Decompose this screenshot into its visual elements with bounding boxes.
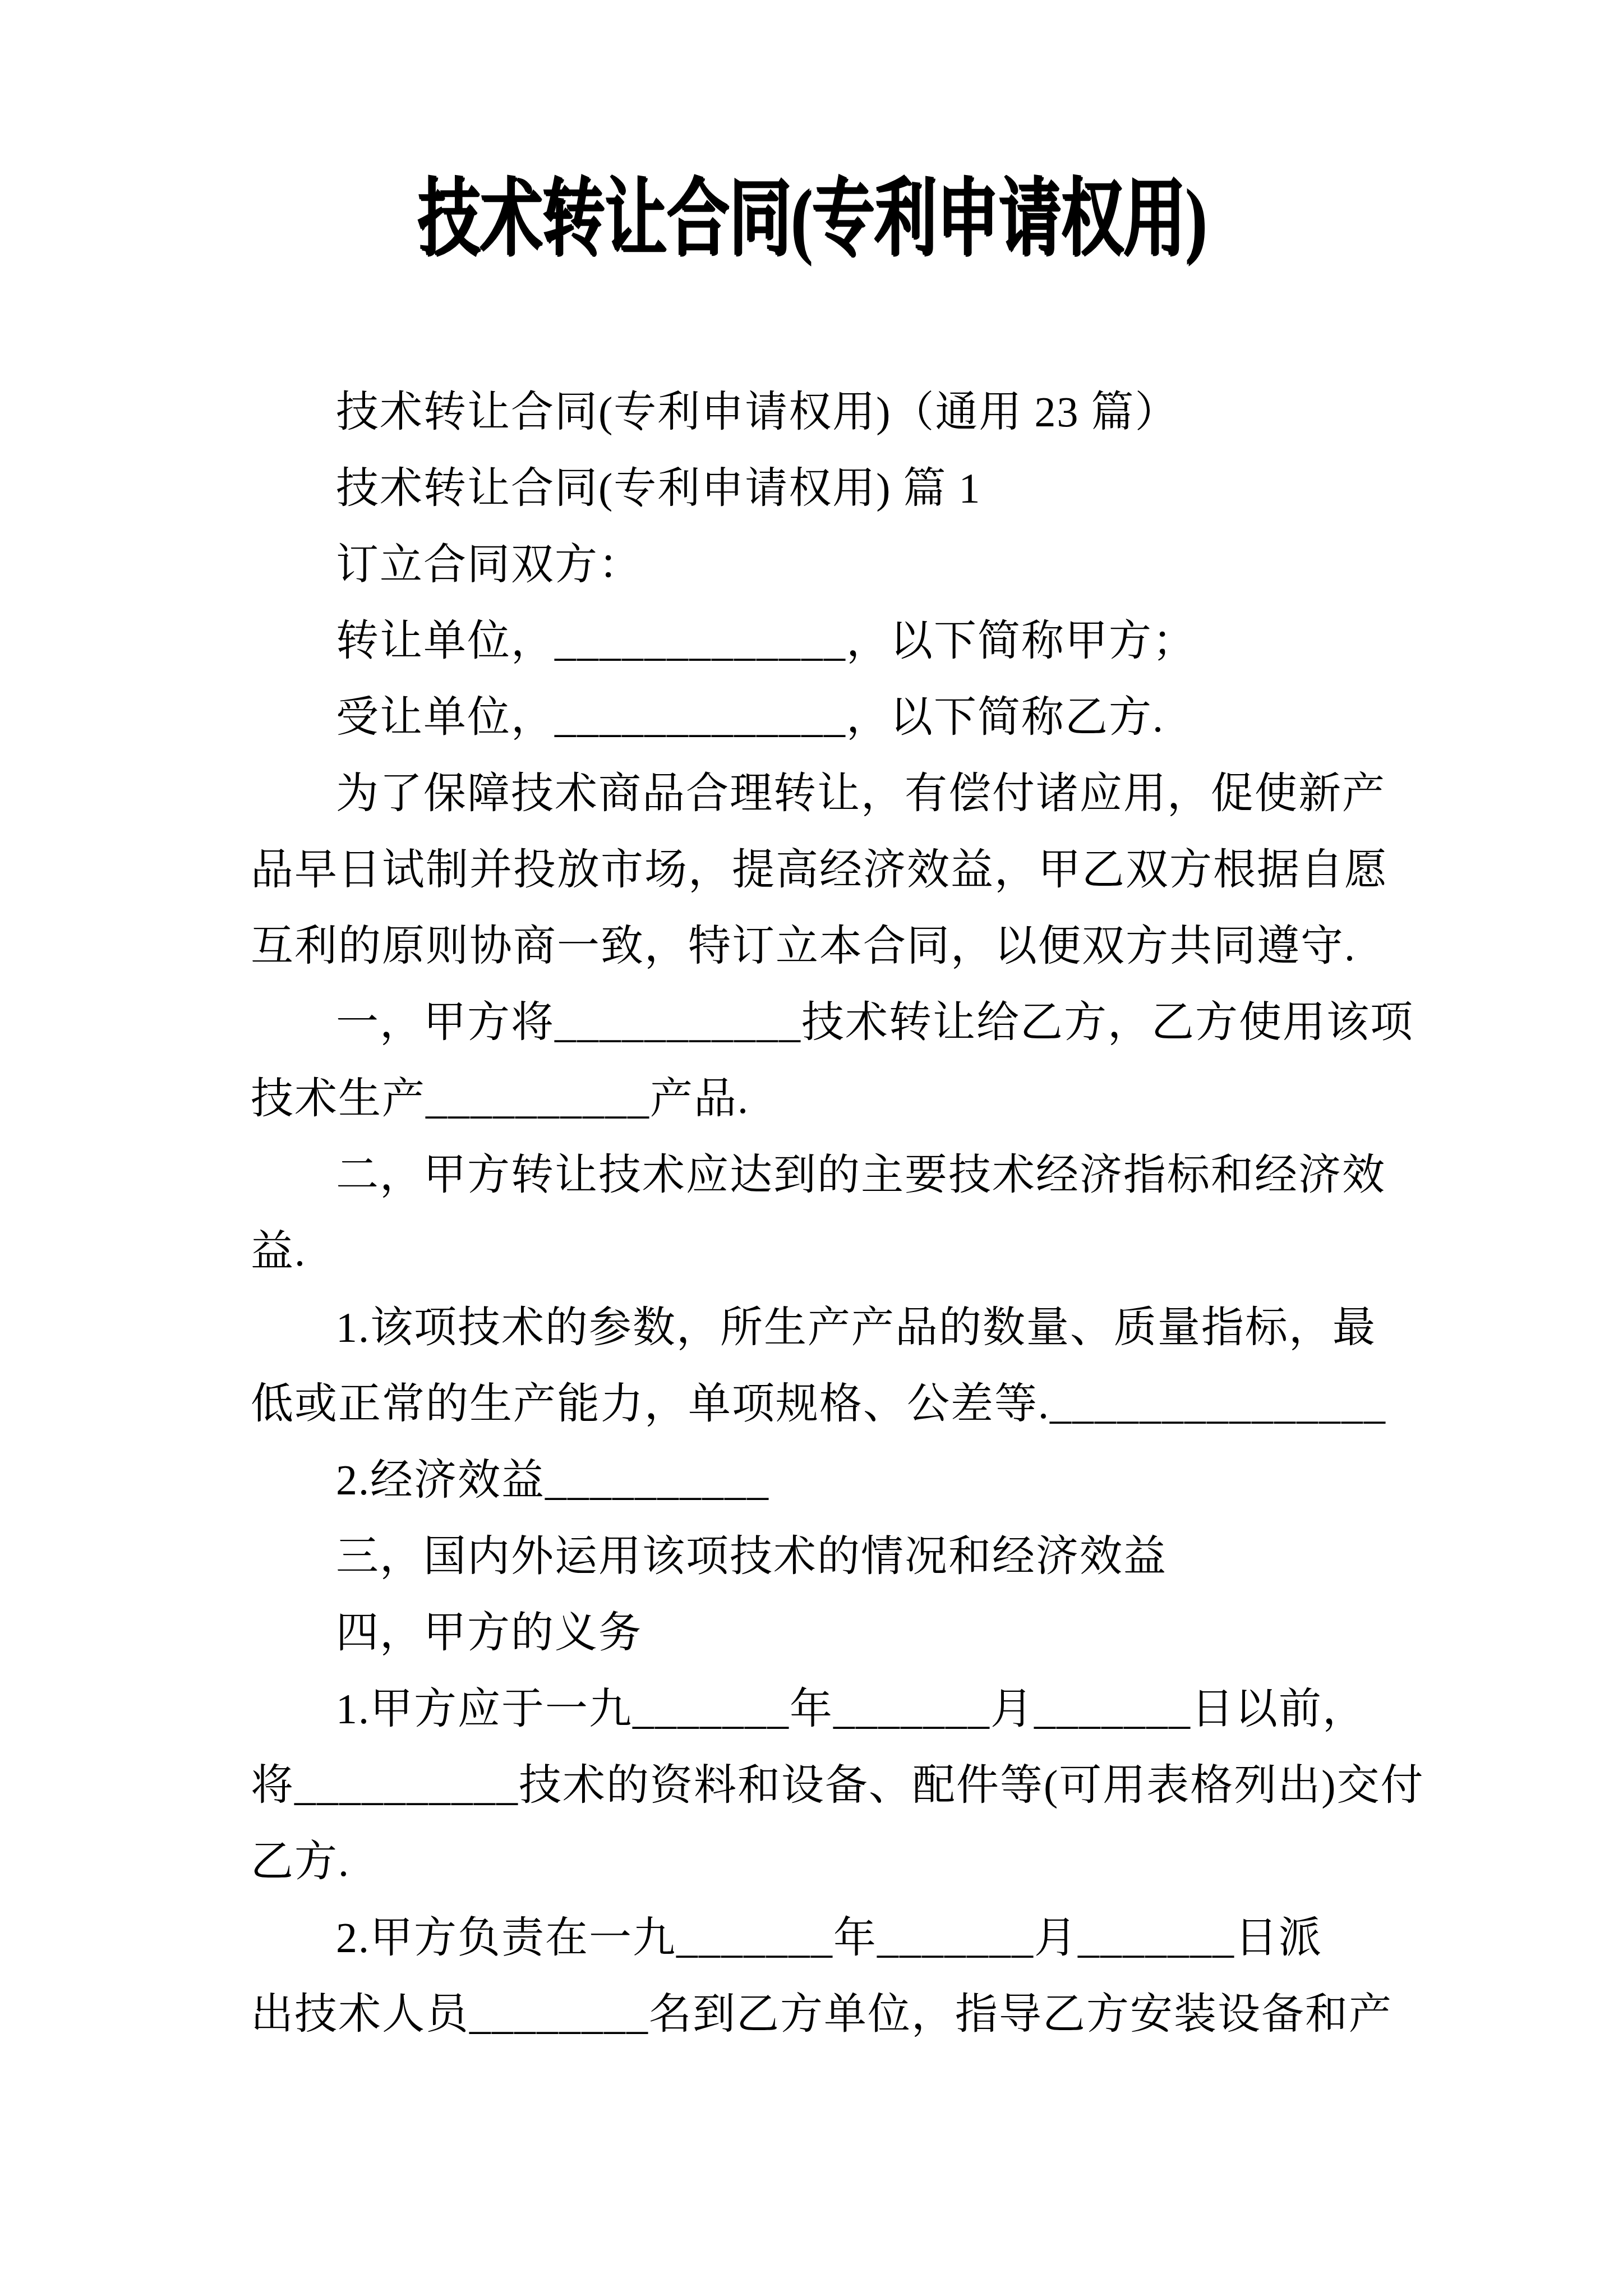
text-line: 乙方. — [251, 1824, 1428, 1900]
text-line: 三，国内外运用该项技术的情况和经济效益 — [251, 1519, 1428, 1595]
text-line: 技术转让合同(专利申请权用) 篇 1 — [251, 450, 1428, 527]
text-line: 2.经济效益__________ — [251, 1442, 1428, 1519]
text-line: 益. — [251, 1213, 1428, 1290]
text-line: 出技术人员________名到乙方单位，指导乙方安装设备和产 — [251, 1976, 1428, 2053]
document-title-text: 技术转让合同(专利申请权用) — [417, 174, 1206, 264]
text-line: 将__________技术的资料和设备、配件等(可用表格列出)交付 — [251, 1747, 1428, 1824]
document-page: 技术转让合同(专利申请权用) 技术转让合同(专利申请权用)（通用 23 篇）技术… — [0, 0, 1623, 2296]
text-line: 一，甲方将___________技术转让给乙方，乙方使用该项 — [251, 984, 1428, 1061]
text-line: 转让单位，_____________，以下简称甲方； — [251, 603, 1428, 679]
text-line: 低或正常的生产能力，单项规格、公差等._______________ — [251, 1366, 1428, 1442]
text-line: 技术生产__________产品. — [251, 1061, 1428, 1137]
text-line: 技术转让合同(专利申请权用)（通用 23 篇） — [251, 374, 1428, 450]
text-line: 受让单位，_____________，以下简称乙方. — [251, 679, 1428, 756]
text-line: 2.甲方负责在一九_______年_______月_______日派 — [251, 1900, 1428, 1976]
text-line: 品早日试制并投放市场，提高经济效益，甲乙双方根据自愿 — [251, 832, 1428, 908]
text-line: 为了保障技术商品合理转让，有偿付诸应用，促使新产 — [251, 756, 1428, 832]
document-title: 技术转让合同(专利申请权用) — [0, 174, 1623, 264]
text-line: 订立合同双方： — [251, 527, 1428, 603]
text-line: 互利的原则协商一致，特订立本合同，以便双方共同遵守. — [251, 908, 1428, 984]
text-line: 四，甲方的义务 — [251, 1595, 1428, 1671]
text-line: 1.甲方应于一九_______年_______月_______日以前， — [251, 1671, 1428, 1747]
text-line: 1.该项技术的参数，所生产产品的数量、质量指标，最 — [251, 1290, 1428, 1366]
text-line: 二，甲方转让技术应达到的主要技术经济指标和经济效 — [251, 1137, 1428, 1213]
document-body: 技术转让合同(专利申请权用)（通用 23 篇）技术转让合同(专利申请权用) 篇 … — [251, 374, 1428, 2053]
